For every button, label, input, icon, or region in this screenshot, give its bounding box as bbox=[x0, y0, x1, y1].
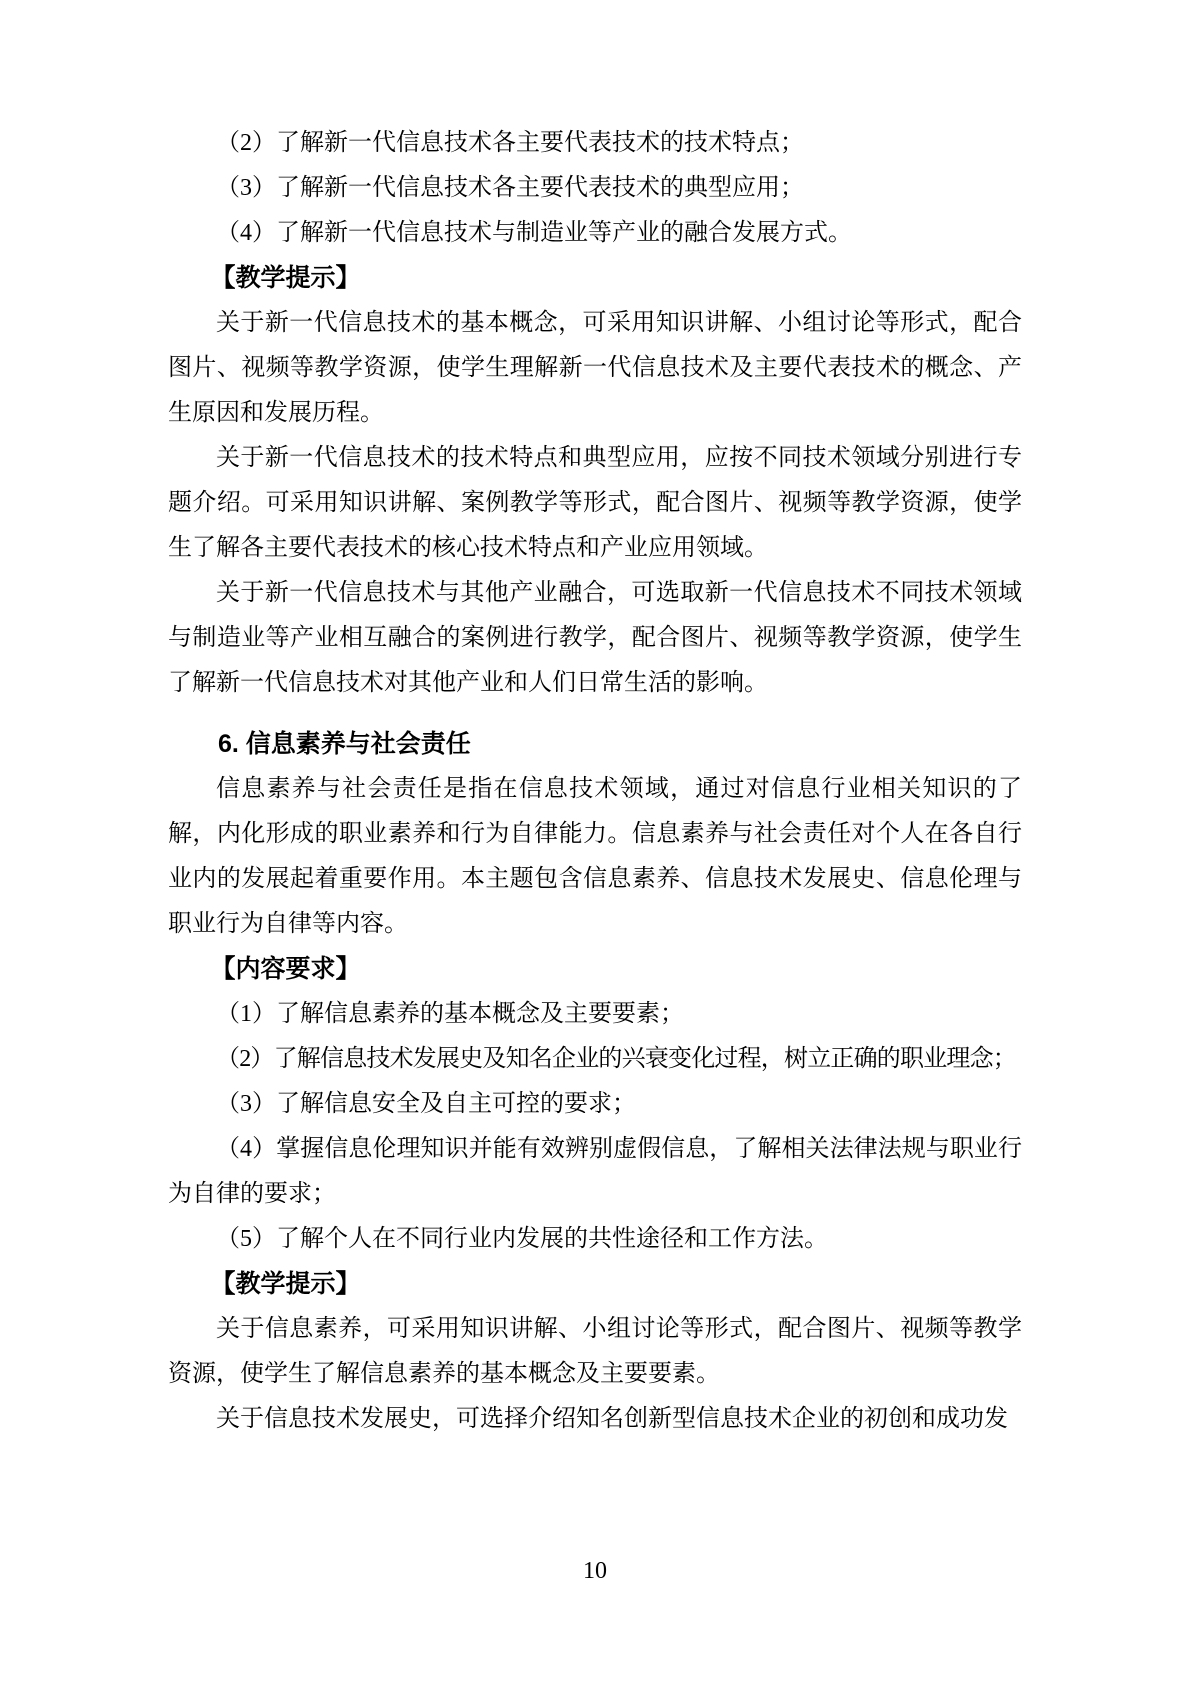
section-6-intro-paragraph: 信息素养与社会责任是指在信息技术领域，通过对信息行业相关知识的了解，内化形成的职… bbox=[168, 767, 1022, 947]
requirement-item-1: （1）了解信息素养的基本概念及主要要素； bbox=[168, 992, 1022, 1037]
document-page: （2）了解新一代信息技术各主要代表技术的技术特点； （3）了解新一代信息技术各主… bbox=[0, 0, 1190, 1684]
list-item-top-2: （2）了解新一代信息技术各主要代表技术的技术特点； bbox=[168, 121, 1022, 166]
list-item-top-3: （3）了解新一代信息技术各主要代表技术的典型应用； bbox=[168, 166, 1022, 211]
content-requirements-heading: 【内容要求】 bbox=[168, 947, 1022, 992]
list-item-top-4: （4）了解新一代信息技术与制造业等产业的融合发展方式。 bbox=[168, 211, 1022, 256]
teaching-tips-heading-2: 【教学提示】 bbox=[168, 1262, 1022, 1307]
teaching-tips-heading-1: 【教学提示】 bbox=[168, 256, 1022, 301]
teaching-tips-paragraph: 关于新一代信息技术与其他产业融合，可选取新一代信息技术不同技术领域与制造业等产业… bbox=[168, 571, 1022, 706]
section-6-heading: 6. 信息素养与社会责任 bbox=[168, 722, 1022, 767]
requirement-item-5: （5）了解个人在不同行业内发展的共性途径和工作方法。 bbox=[168, 1217, 1022, 1262]
requirement-item-4: （4）掌握信息伦理知识并能有效辨别虚假信息，了解相关法律法规与职业行为自律的要求… bbox=[168, 1127, 1022, 1217]
teaching-tips-paragraph: 关于新一代信息技术的技术特点和典型应用，应按不同技术领域分别进行专题介绍。可采用… bbox=[168, 436, 1022, 571]
teaching-tips-paragraph: 关于新一代信息技术的基本概念，可采用知识讲解、小组讨论等形式，配合图片、视频等教… bbox=[168, 301, 1022, 436]
page-number: 10 bbox=[0, 1556, 1190, 1586]
teaching-tips-paragraph: 关于信息技术发展史，可选择介绍知名创新型信息技术企业的初创和成功发 bbox=[168, 1397, 1022, 1442]
teaching-tips-paragraph: 关于信息素养，可采用知识讲解、小组讨论等形式，配合图片、视频等教学资源，使学生了… bbox=[168, 1307, 1022, 1397]
page-content: （2）了解新一代信息技术各主要代表技术的技术特点； （3）了解新一代信息技术各主… bbox=[168, 121, 1022, 1442]
requirement-item-2: （2）了解信息技术发展史及知名企业的兴衰变化过程，树立正确的职业理念； bbox=[168, 1037, 1022, 1082]
requirement-item-3: （3）了解信息安全及自主可控的要求； bbox=[168, 1082, 1022, 1127]
